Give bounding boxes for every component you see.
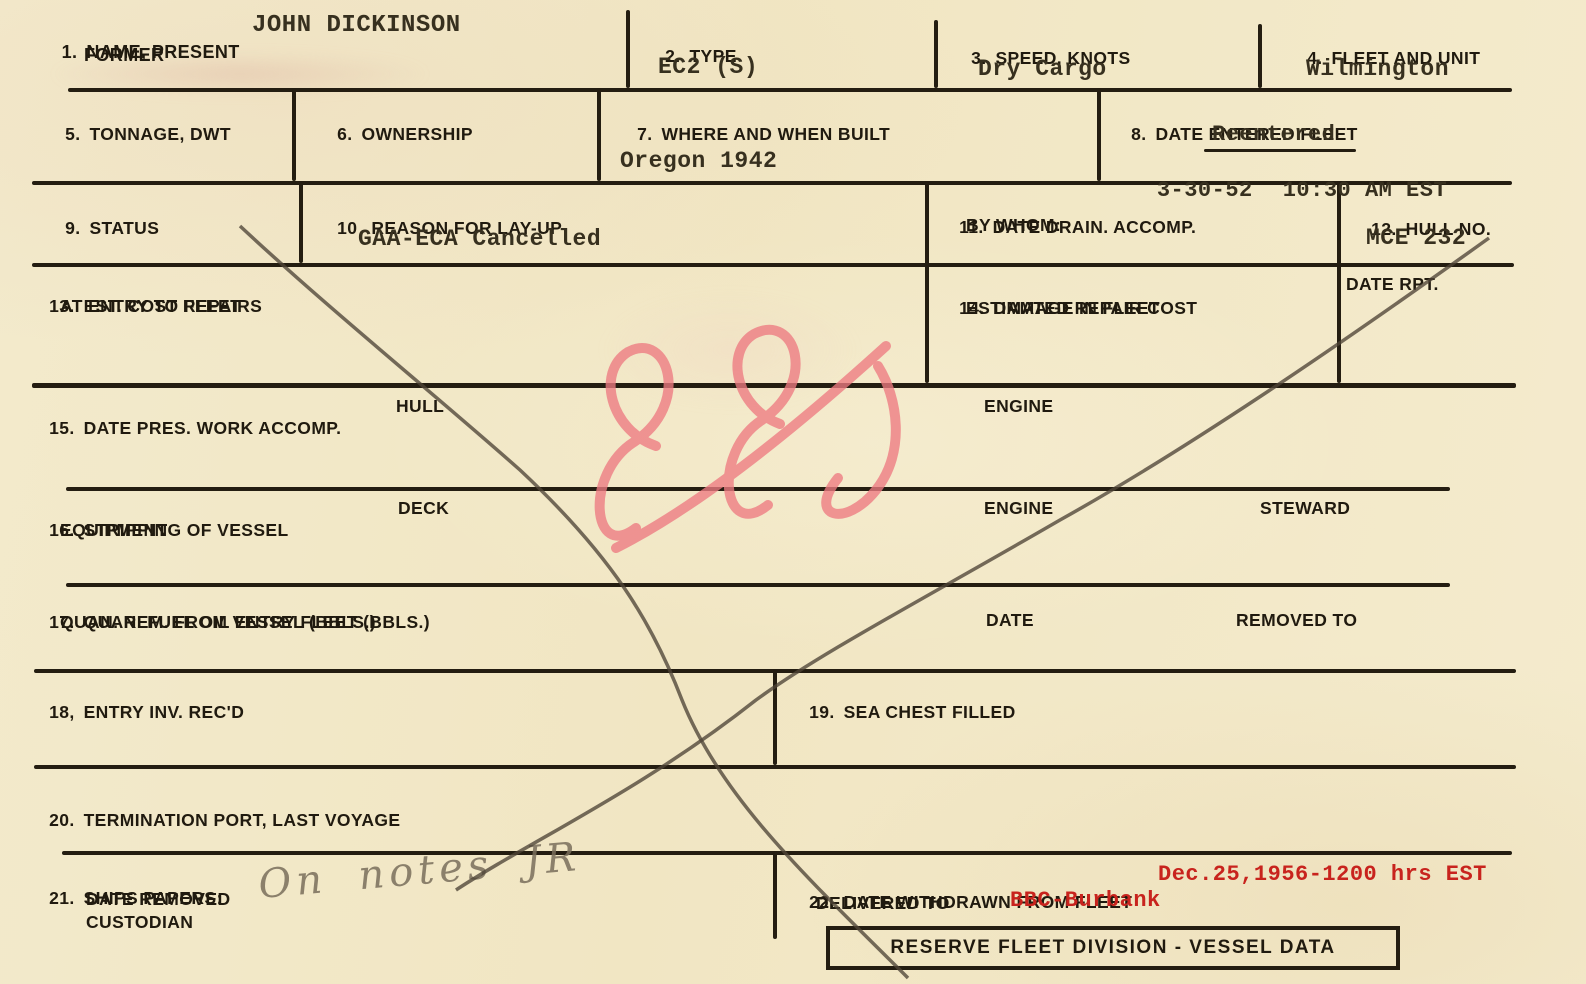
field-18-label: 18,ENTRY INV. REC'D <box>28 680 244 746</box>
field-16-steward-column: STEWARD <box>1260 498 1350 520</box>
vessel-data-card: 1.NAME, PRESENT JOHN DICKINSON FORMER 2.… <box>0 0 1586 984</box>
field-9-label: 9.STATUS <box>44 196 159 262</box>
field-7-value: Oregon 1942 <box>620 148 777 174</box>
field-6-label: 6.OWNERSHIP <box>316 102 473 168</box>
grid-line-v6 <box>1097 88 1101 181</box>
field-16-sublabel: EQUIPMENT <box>60 520 168 542</box>
grid-line-h8 <box>34 765 1516 769</box>
footer-title-box: RESERVE FLEET DIVISION - VESSEL DATA <box>826 926 1400 970</box>
field-11-sublabel: BY WHOM: <box>966 215 1061 237</box>
field-16-deck-column: DECK <box>398 498 449 520</box>
field-10-value: GAA-ECA Cancelled <box>358 226 601 252</box>
paper-stain <box>600 290 860 410</box>
grid-line-v11 <box>773 851 777 939</box>
field-5-label: 5.TONNAGE, DWT <box>44 102 231 168</box>
grid-line-v3 <box>1258 24 1262 88</box>
field-1-value: JOHN DICKINSON <box>252 12 461 39</box>
grid-line-h6 <box>66 583 1450 587</box>
date-rpt-label: DATE RPT. <box>1346 274 1439 296</box>
grid-line-v4 <box>292 88 296 181</box>
grid-line-h4 <box>32 383 1516 388</box>
field-21-sublabel-2: CUSTODIAN <box>86 912 193 934</box>
field-12-value: MCE 232 <box>1366 225 1466 251</box>
red-crayon-scrawl <box>600 330 896 548</box>
field-20-label: 20.TERMINATION PORT, LAST VOYAGE <box>28 788 401 854</box>
field-14-sublabel: ESTIMATED REPAIR COST <box>966 298 1197 320</box>
field-17-date-column: DATE <box>986 610 1034 632</box>
field-13-sublabel: AT ENTRY TO FLEET <box>60 296 241 318</box>
grid-line-v5 <box>597 88 601 181</box>
field-8-stamp: Reentered <box>1212 122 1335 147</box>
field-17-sublabel: QUAN. REM. FROM VESSEL (BBLS.) <box>60 612 376 634</box>
field-15-label: 15.DATE PRES. WORK ACCOMP. <box>28 396 341 462</box>
grid-line-v8 <box>925 181 929 383</box>
field-15-engine-column: ENGINE <box>984 396 1054 418</box>
field-17-removed-to-column: REMOVED TO <box>1236 610 1357 632</box>
field-16-engine-column: ENGINE <box>984 498 1054 520</box>
field-19-label: 19.SEA CHEST FILLED <box>788 680 1016 746</box>
grid-line-h3 <box>32 263 1514 267</box>
field-21-sublabel-1: DATE REMOVED <box>86 889 230 911</box>
grid-line-h5 <box>66 487 1450 491</box>
footer-title: RESERVE FLEET DIVISION - VESSEL DATA <box>890 937 1335 959</box>
field-2-value: EC2 (S) <box>658 54 758 80</box>
grid-line-v2 <box>934 20 938 88</box>
field-22-sub-value: BBC-Burbank <box>1010 888 1161 913</box>
field-1-sublabel: FORMER <box>84 44 164 67</box>
field-22-sublabel: DELIVERED TO <box>816 893 950 915</box>
field-4-value: Wilmington <box>1306 56 1449 82</box>
field-15-hull-column: HULL <box>396 396 444 418</box>
field-22-value: Dec.25,1956-1200 hrs EST <box>1158 862 1487 887</box>
field-3-value: Dry Cargo <box>978 56 1107 82</box>
grid-line-v1 <box>626 10 630 88</box>
field-1-number: 1. <box>62 42 78 62</box>
grid-line-v10 <box>773 669 777 765</box>
grid-line-v7 <box>299 181 303 263</box>
